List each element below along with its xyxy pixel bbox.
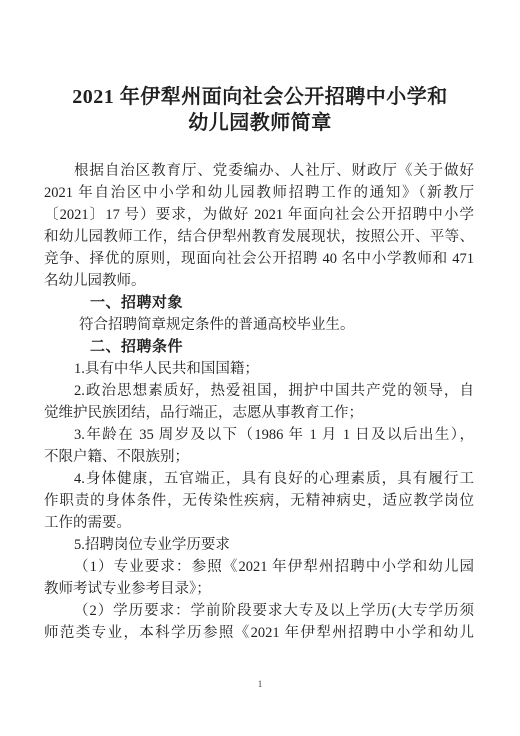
text-line: 〔2021〕17 号）要求，为做好 2021 年面向社会公开招聘中小学 [44, 204, 474, 226]
text-line: 工作的需要。 [44, 512, 474, 534]
text-line: 竞争、择优的原则，现面向社会公开招聘 40 名中小学教师和 471 [44, 248, 474, 270]
text-line: 和幼儿园教师工作，结合伊犁州教育发展现状，按照公开、平等、 [44, 226, 474, 248]
document-body: 根据自治区教育厅、党委编办、人社厅、财政厅《关于做好2021 年自治区中小学和幼… [0, 160, 520, 644]
text-line: 根据自治区教育厅、党委编办、人社厅、财政厅《关于做好 [44, 160, 474, 182]
text-line: 符合招聘简章规定条件的普通高校毕业生。 [44, 314, 474, 336]
text-line: 1.具有中华人民共和国国籍； [44, 358, 474, 380]
title-line-2: 幼儿园教师简章 [0, 110, 520, 136]
text-line: 4.身体健康，五官端正，具有良好的心理素质，具有履行工 [44, 468, 474, 490]
title-line-1: 2021 年伊犁州面向社会公开招聘中小学和 [0, 84, 520, 110]
text-line: （2）学历要求：学前阶段要求大专及以上学历(大专学历须 [44, 600, 474, 622]
text-line: 觉维护民族团结，品行端正，志愿从事教育工作； [44, 402, 474, 424]
text-line: 2021 年自治区中小学和幼儿园教师招聘工作的通知》（新教厅 [44, 182, 474, 204]
text-line: 5.招聘岗位专业学历要求 [44, 534, 474, 556]
text-line: 名幼儿园教师。 [44, 270, 474, 292]
text-line: 二、招聘条件 [44, 336, 474, 358]
text-line: 作职责的身体条件，无传染性疾病，无精神病史，适应教学岗位 [44, 490, 474, 512]
text-line: 3.年龄在 35 周岁及以下（1986 年 1 月 1 日及以后出生）， [44, 424, 474, 446]
document-title: 2021 年伊犁州面向社会公开招聘中小学和 幼儿园教师简章 [0, 0, 520, 136]
page-number: 1 [0, 677, 520, 691]
text-line: 一、招聘对象 [44, 292, 474, 314]
text-line: 2.政治思想素质好，热爱祖国，拥护中国共产党的领导，自 [44, 380, 474, 402]
text-line: 不限户籍、不限族别； [44, 446, 474, 468]
document-page: 2021 年伊犁州面向社会公开招聘中小学和 幼儿园教师简章 根据自治区教育厅、党… [0, 0, 520, 736]
text-line: 师范类专业，本科学历参照《2021 年伊犁州招聘中小学和幼儿 [44, 622, 474, 644]
text-line: （1）专业要求：参照《2021 年伊犁州招聘中小学和幼儿园 [44, 556, 474, 578]
text-line: 教师考试专业参考目录》； [44, 578, 474, 600]
